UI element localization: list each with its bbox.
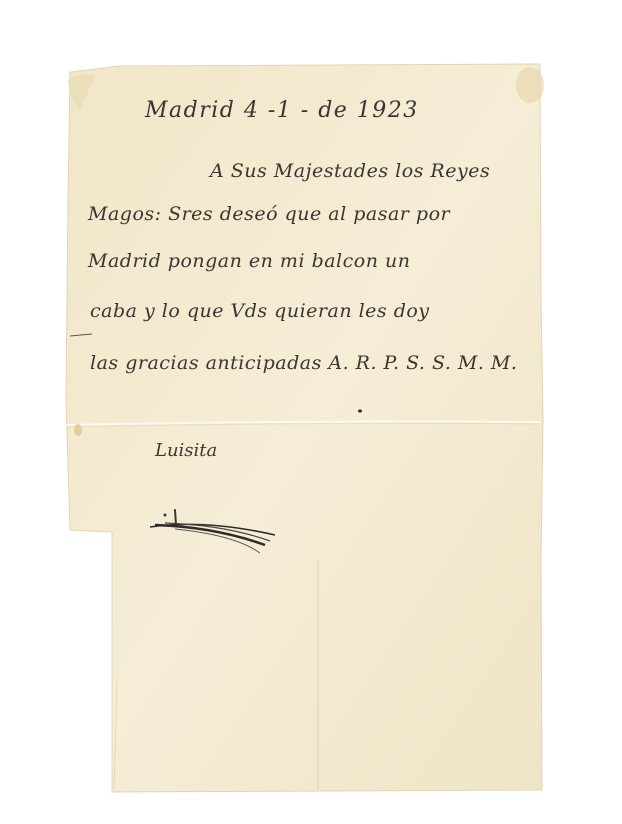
letter-line-1: A Sus Majestades los Reyes xyxy=(210,160,490,182)
letter-line-5: las gracias anticipadas A. R. P. S. S. M… xyxy=(90,352,517,374)
signature-flourish-icon xyxy=(145,505,285,565)
letter-line-4: caba y lo que Vds quieran les doy xyxy=(90,300,430,322)
date-line: Madrid 4 -1 - de 1923 xyxy=(145,98,419,123)
letter-line-3: Madrid pongan en mi balcon un xyxy=(88,250,410,272)
letter-sheet: Madrid 4 -1 - de 1923 A Sus Majestades l… xyxy=(0,0,622,824)
paper-shape xyxy=(0,0,622,824)
letter-line-2: Magos: Sres deseó que al pasar por xyxy=(88,203,450,225)
signature: Luisita xyxy=(155,440,217,461)
